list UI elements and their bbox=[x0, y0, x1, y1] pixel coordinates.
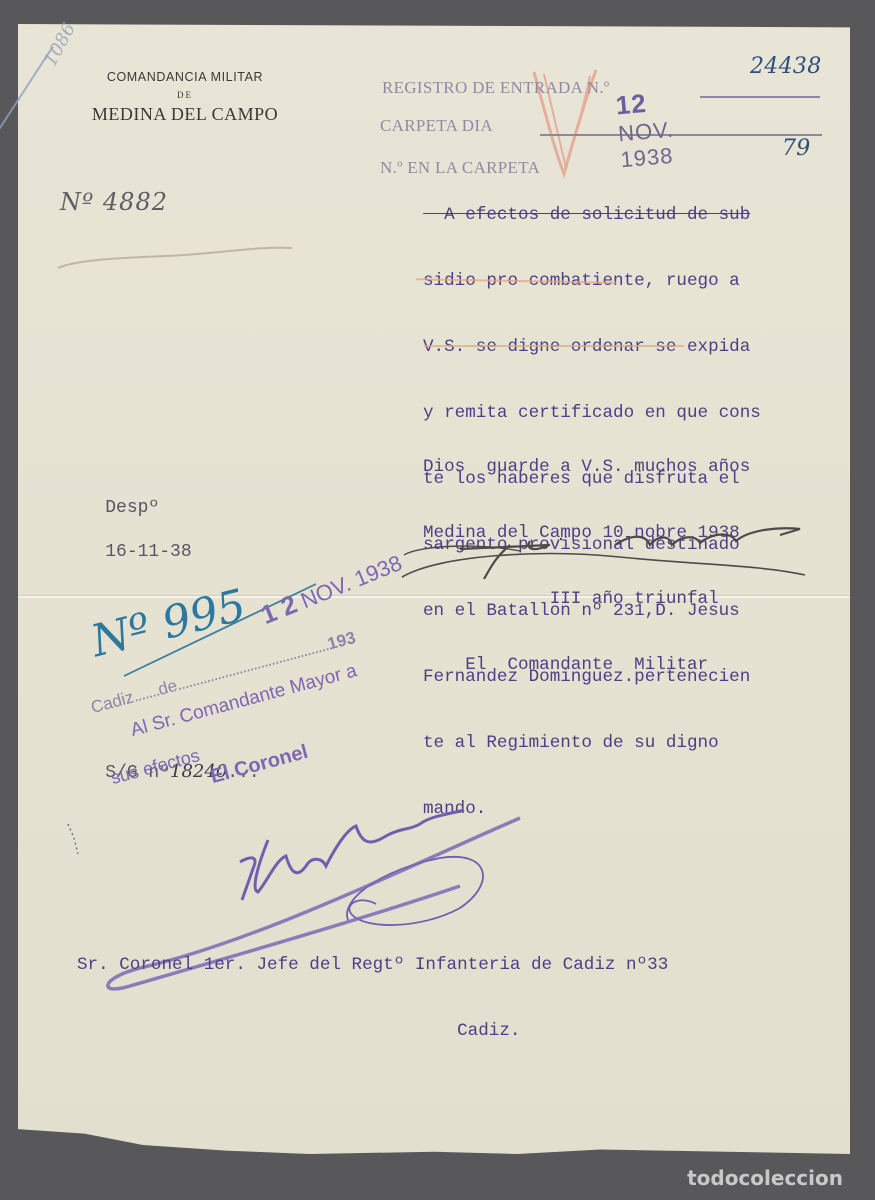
registry-entry-number: 24438 bbox=[750, 54, 822, 79]
addressee-block: Sr. Coronel 1er. Jefe del Regtº Infanter… bbox=[77, 910, 668, 1064]
registry-date-day: 12 bbox=[614, 88, 647, 121]
comandante-signature bbox=[400, 505, 820, 600]
registry-folder-day-line bbox=[540, 134, 822, 136]
pencil-underline-stroke bbox=[56, 232, 296, 272]
addressee-line1: Sr. Coronel 1er. Jefe del Regtº Infanter… bbox=[77, 954, 668, 976]
registry-folder-day-label: CARPETA DIA bbox=[380, 116, 493, 136]
receipt-date-day: 1 2 bbox=[256, 589, 301, 630]
letterhead-line2: DE bbox=[60, 90, 310, 100]
receipt-place: Cadiz bbox=[89, 687, 136, 717]
body-line: A efectos de solicitud de sub bbox=[423, 204, 761, 226]
registry-folder-number: 79 bbox=[782, 136, 811, 161]
closing-line: El Comandante Militar bbox=[423, 654, 750, 676]
receipt-year-fill: 193 bbox=[325, 628, 357, 654]
red-pencil-underline bbox=[424, 345, 684, 347]
letterhead: COMANDANCIA MILITAR DE MEDINA DEL CAMPO bbox=[60, 70, 310, 125]
addressee-line2: Cadiz. bbox=[77, 1020, 668, 1042]
registry-entry-line bbox=[700, 96, 820, 98]
handwritten-reference-number: Nº 4882 bbox=[60, 188, 168, 216]
body-line: te al Regimiento de su digno bbox=[423, 732, 761, 754]
receipt-stamp-effects-line: sus efectos bbox=[109, 745, 202, 789]
ink-speck-mark bbox=[64, 820, 94, 870]
watermark-logo: todocoleccion bbox=[687, 1166, 843, 1190]
body-line: V.S. se digne ordenar se expida bbox=[423, 336, 761, 358]
closing-line: Dios guarde a V.S. muchos años bbox=[423, 456, 750, 478]
registry-entry-label: REGISTRO DE ENTRADA N.º bbox=[382, 78, 610, 98]
receipt-stamp: 1 2 NOV. 1938 Cadiz.......de............… bbox=[90, 580, 450, 800]
dispatch-date: 16-11-38 bbox=[105, 542, 191, 562]
receipt-stamp-coronel-line: El Coronel bbox=[208, 741, 311, 789]
letterhead-line3: MEDINA DEL CAMPO bbox=[60, 104, 310, 125]
dispatch-label: Despº bbox=[105, 498, 159, 518]
letterhead-line1: COMANDANCIA MILITAR bbox=[60, 70, 310, 84]
